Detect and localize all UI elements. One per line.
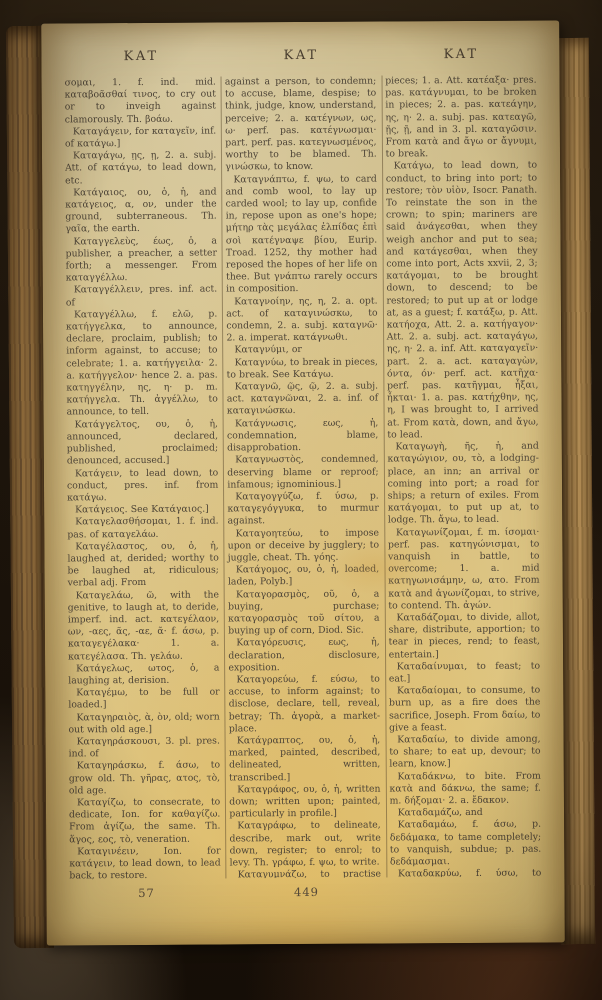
- dictionary-entry: Καταγινέειν, Ion. for κατάγειν, to lead …: [69, 845, 221, 879]
- running-head-column-1: KAT: [61, 48, 221, 64]
- dictionary-entry: Κατάγραπτος, ου, ὁ, ἡ, marked, painted, …: [229, 735, 381, 785]
- dictionary-entry: Καταγγελεὺς, έως, ὁ, a publisher, a prea…: [65, 235, 217, 285]
- dictionary-entry: Καταγηραιὸς, ὰ, ὸν, old; worn out with o…: [68, 711, 219, 736]
- dictionary-entry: Καταδαίνυμαι, to feast; to eat.]: [389, 660, 540, 685]
- dictionary-entry: Καταγορεύω, f. εύσω, to accuse, to infor…: [228, 673, 380, 735]
- dictionary-entry: Καταδαίομαι, to consume, to burn up, as …: [389, 685, 541, 735]
- dictionary-entry: Καταδαμάζω, and: [390, 807, 541, 820]
- dictionary-entry: Καταγελάω, ῶ, with the genitive, to laug…: [68, 589, 220, 663]
- dictionary-entry: σομαι, 1. f. ind. mid. καταβοᾶσθαί τινος…: [65, 77, 217, 127]
- dictionary-entry: Καταδακρύω, f. ύσω, to deplore, lament; …: [390, 868, 542, 878]
- dictionary-entry: Καταγγέλλειν, pres. inf. act. of: [66, 284, 217, 309]
- dictionary-entry: Καταγοητεύω, to impose upon or deceive b…: [228, 527, 380, 565]
- text-column-3: pieces; 1. a. Att. κατέαξα· pres. pas. κ…: [381, 75, 546, 878]
- dictionary-entry: Καταγνάπτω, f. ψω, to card and comb wool…: [225, 173, 377, 296]
- dictionary-entry: Καταγράφος, ου, ὁ, ἡ, written down; writ…: [229, 783, 381, 821]
- text-column-2: against a person, to condemn; to accuse,…: [221, 76, 386, 879]
- running-head-column-3: KAT: [381, 47, 541, 63]
- dictionary-entry: pieces; 1. a. Att. κατέαξα· pres. pas. κ…: [385, 75, 537, 161]
- dictionary-entry: Καταγράφω, to delineate, describe, mark …: [229, 820, 381, 870]
- dictionary-entry: Καταδαίω, to divide among, to share; to …: [389, 734, 541, 772]
- dictionary-entry: against a person, to condemn; to accuse,…: [225, 76, 377, 175]
- dictionary-entry: Καταδαμάω, f. άσω, p. δεδάμακα, to tame …: [390, 819, 542, 869]
- dictionary-entry: Κατάγειν, to lead down, to conduct, pres…: [67, 467, 219, 505]
- dictionary-entry: Καταδάζομαι, to divide, allot, share, di…: [388, 611, 540, 661]
- dictionary-entry: Καταγνύω, to break in pieces, to break. …: [227, 356, 378, 381]
- dictionary-entry: Καταγνωστὸς, condemned, deserving blame …: [227, 454, 379, 492]
- dictionary-entry: Κατάγαιος, ου, ὁ, ἡ, and κατάγειος, α, ο…: [65, 186, 217, 236]
- text-columns: σομαι, 1. f. ind. mid. καταβοᾶσθαί τινος…: [62, 75, 547, 880]
- dictionary-entry: Κατάγομος, ου, ὁ, ἡ, loaded, laden, Poly…: [228, 564, 379, 589]
- book-photo: KAT KAT KAT σομαι, 1. f. ind. mid. καταβ…: [0, 0, 602, 1000]
- dictionary-entry: Καταγωνίζομαι, f. m. ίσομαι· perf. pas. …: [388, 526, 540, 612]
- text-column-1: σομαι, 1. f. ind. mid. καταβοᾶσθαί τινος…: [62, 76, 226, 879]
- dictionary-entry: Κατάγγελτος, ου, ὁ, ἡ, announced, declar…: [67, 418, 219, 468]
- dictionary-entry: Καταγνύμι, or: [226, 344, 377, 357]
- dictionary-entry: Καταγελασθήσομαι, 1. f. ind. pas. of κατ…: [67, 516, 218, 541]
- dictionary-entry: Καταγέλαστος, ου, ὁ, ἡ, laughed at, deri…: [67, 540, 219, 590]
- dictionary-entry: Κατάγειος. See Κατάγαιος.]: [67, 504, 218, 517]
- dictionary-entry: Κατάγελως, ωτος, ὁ, a laughing at, deris…: [68, 662, 219, 687]
- dictionary-entry: Κατάγω, to lead down, to conduct, to bri…: [386, 160, 539, 442]
- dictionary-entry: Καταγνῶ, ῷς, ῷ, 2. a. subj. act. καταγνῶ…: [227, 381, 379, 419]
- dictionary-entry: Καταγέμω, to be full or loaded.]: [68, 687, 219, 712]
- page-number-spacer: [386, 884, 546, 899]
- running-head-row: KAT KAT KAT: [61, 47, 541, 65]
- page-number-left: 57: [66, 885, 226, 900]
- dictionary-entry: Καταγορασμὸς, οῦ, ὁ, a buying, purchase;…: [228, 588, 380, 638]
- dictionary-entry: Καταγγέλλω, f. ελῶ, p. κατήγγελκα, to an…: [66, 308, 218, 419]
- page-number-center: 449: [226, 884, 386, 899]
- page-number-row: 57 449: [66, 884, 546, 901]
- dictionary-entry: Καταγάγω, ῃς, ῃ, 2. a. subj. Att. of κατ…: [65, 150, 217, 188]
- dictionary-entry: Καταγίζω, to consecrate, to dedicate, Io…: [69, 796, 221, 846]
- dictionary-entry: Καταγηράσκουσι, 3. pl. pres. ind. of: [69, 735, 220, 760]
- dictionary-entry: Καταγνοίην, ης, η, 2. a. opt. act. of κα…: [226, 295, 378, 345]
- running-head-column-2: KAT: [221, 48, 381, 64]
- dictionary-entry: Καταγογγύζω, f. ύσω, p. καταγεγόγγυκα, t…: [227, 490, 379, 528]
- dictionary-entry: Καταγηράσκω, f. άσω, to grow old. Th. γῆ…: [69, 760, 221, 798]
- dictionary-entry: Καταγωγὴ, ῆς, ἡ, and καταγώγιον, ου, τὸ,…: [387, 441, 539, 527]
- dictionary-entry: Καταγυμνάζω, to practise gymnastic exerc…: [230, 869, 382, 879]
- dictionary-entry: Κατάγνωσις, εως, ἡ, condemnation, blame,…: [227, 417, 379, 455]
- dictionary-entry: Καταγόρευσις, εως, ἡ, declaration, discl…: [228, 637, 380, 675]
- lexicon-page: KAT KAT KAT σομαι, 1. f. ind. mid. καταβ…: [41, 20, 565, 945]
- dictionary-entry: Καταγάγειν, for καταγεῖν, inf. of κατάγω…: [65, 125, 216, 150]
- dictionary-entry: Καταδάκνω, to bite. From κατὰ and δάκνω,…: [389, 770, 541, 808]
